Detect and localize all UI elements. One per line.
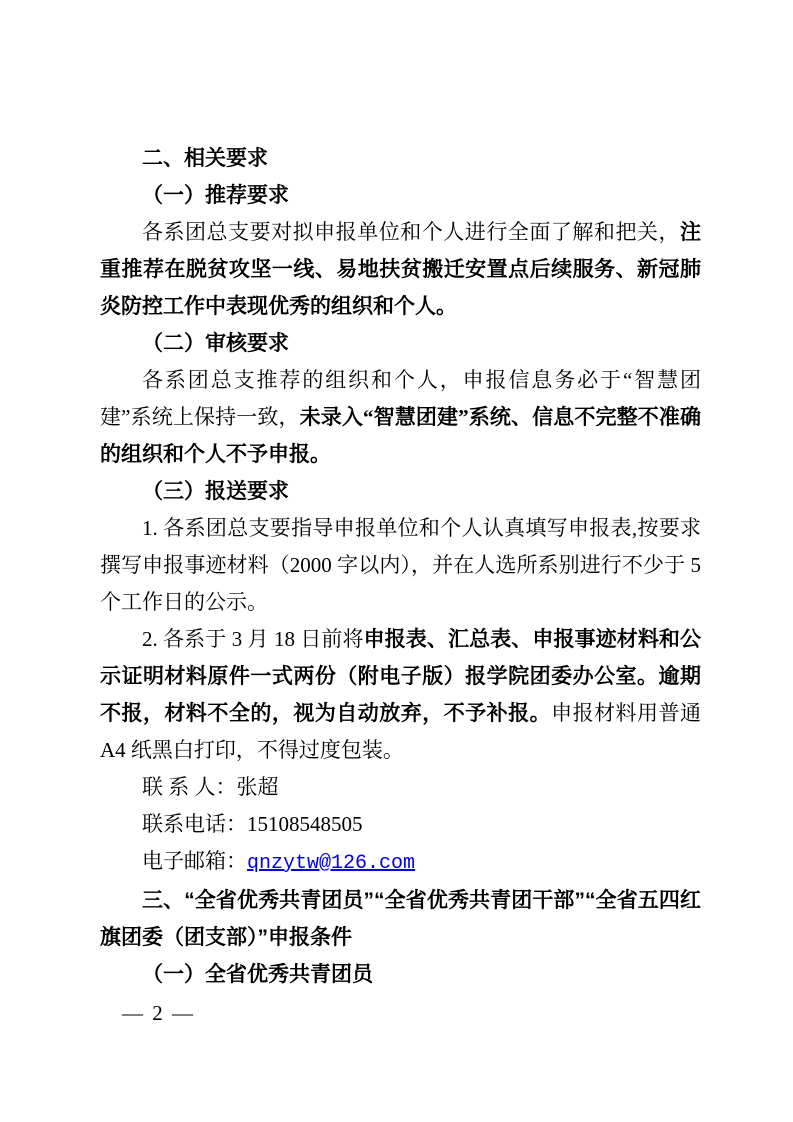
section-3-heading: 三、“全省优秀共青团员”“全省优秀共青团干部”“全省五四红旗团委（团支部）”申报… [100,882,701,956]
contact-person-label: 联 系 人： [142,775,237,799]
submit-item-2-lead: 2. 各系于 3 月 18 日前将 [142,627,364,651]
contact-phone-row: 联系电话：15108548505 [100,806,701,843]
recommend-text-normal: 各系团总支要对拟申报单位和个人进行全面了解和把关， [142,220,680,244]
review-paragraph: 各系团总支推荐的组织和个人，申报信息务必于“智慧团建”系统上保持一致，未录入“智… [100,362,701,473]
contact-email-link[interactable]: qnzytw@126.com [247,852,415,875]
contact-phone-label: 联系电话： [142,812,247,836]
section-2-heading: 二、相关要求 [100,140,701,177]
submit-item-1: 1. 各系团总支要指导申报单位和个人认真填写申报表,按要求撰写申报事迹材料（20… [100,510,701,621]
recommend-paragraph: 各系团总支要对拟申报单位和个人进行全面了解和把关，注重推荐在脱贫攻坚一线、易地扶… [100,214,701,325]
section-2-1-title: （一）推荐要求 [100,177,701,214]
section-2-3-title: （三）报送要求 [100,473,701,510]
document-page: 二、相关要求 （一）推荐要求 各系团总支要对拟申报单位和个人进行全面了解和把关，… [0,0,793,1122]
contact-phone-value: 15108548505 [247,812,363,836]
page-number: — 2 — [122,995,195,1032]
contact-person-row: 联 系 人：张超 [100,769,701,806]
section-3-1-title: （一）全省优秀共青团员 [100,956,701,993]
section-2-2-title: （二）审核要求 [100,325,701,362]
contact-email-label: 电子邮箱： [142,849,247,873]
contact-email-row: 电子邮箱：qnzytw@126.com [100,843,701,882]
contact-person-value: 张超 [237,775,279,799]
submit-item-2: 2. 各系于 3 月 18 日前将申报表、汇总表、申报事迹材料和公示证明材料原件… [100,621,701,769]
